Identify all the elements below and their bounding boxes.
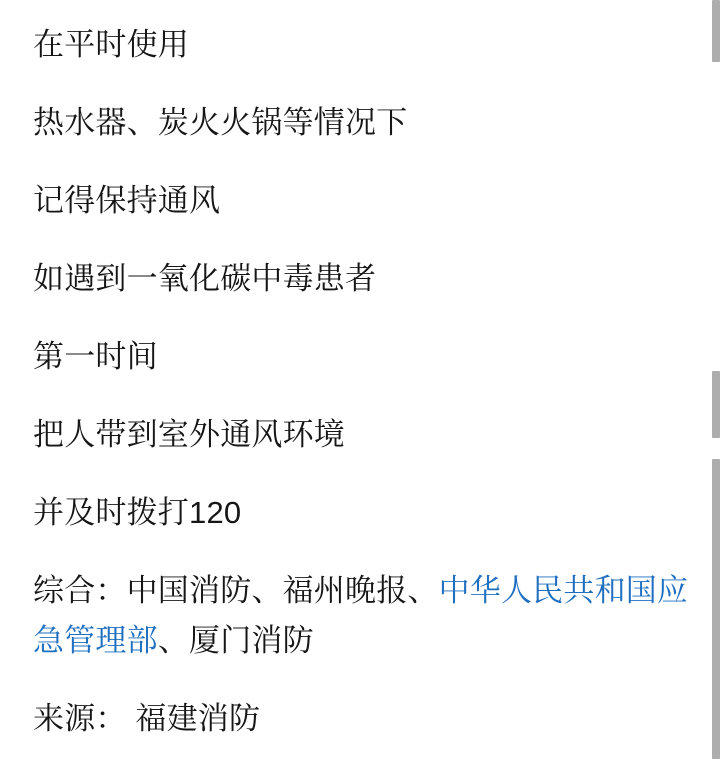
credit-line: 综合：中国消防、福州晚报、中华人民共和国应急管理部、厦门消防: [33, 566, 696, 666]
credit-prefix: 综合：中国消防、福州晚报、: [33, 573, 439, 608]
scrollbar-thumb-top[interactable]: [712, 0, 720, 62]
paragraph: 如遇到一氧化碳中毒患者: [33, 254, 696, 304]
paragraph: 记得保持通风: [33, 176, 696, 226]
paragraph: 第一时间: [33, 332, 696, 382]
scrollbar-thumb-middle[interactable]: [712, 371, 720, 438]
paragraph: 热水器、炭火火锅等情况下: [33, 98, 696, 148]
paragraph: 并及时拨打120: [33, 488, 696, 538]
credit-suffix: 、厦门消防: [158, 623, 314, 658]
paragraph: 在平时使用: [33, 20, 696, 70]
paragraph: 把人带到室外通风环境: [33, 410, 696, 460]
scrollbar-thumb-bottom[interactable]: [712, 459, 720, 759]
article-content: 在平时使用 热水器、炭火火锅等情况下 记得保持通风 如遇到一氧化碳中毒患者 第一…: [0, 0, 720, 744]
source-line: 来源： 福建消防: [33, 694, 696, 744]
article-page: 在平时使用 热水器、炭火火锅等情况下 记得保持通风 如遇到一氧化碳中毒患者 第一…: [0, 0, 720, 759]
